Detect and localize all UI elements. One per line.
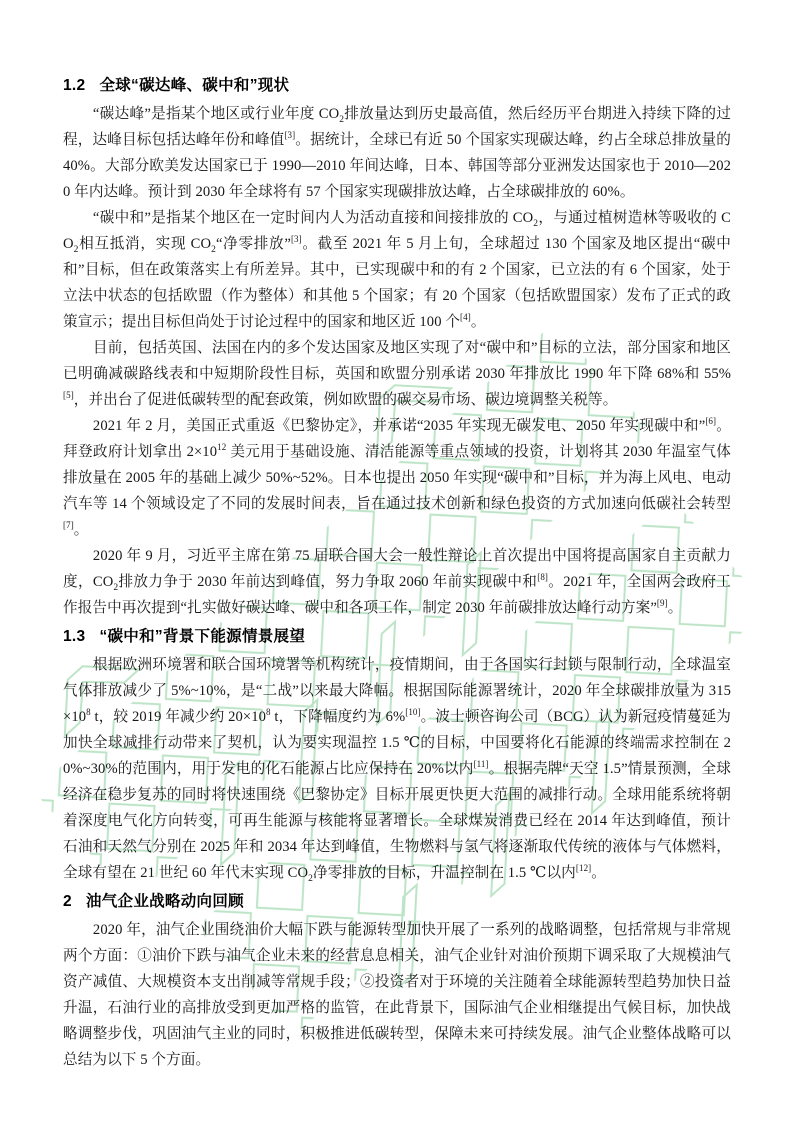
paragraph-carbon-neutrality-definition: “碳中和”是指某个地区在一定时间内人为活动直接和间接排放的 CO2，与通过植树造…	[63, 205, 731, 335]
section-heading-1-3: 1.3“碳中和”背景下能源情景展望	[63, 624, 731, 650]
paragraph-carbon-peak-definition: “碳达峰”是指某个地区或行业年度 CO2排放量达到历史最高值，然后经历平台期进入…	[63, 101, 731, 205]
section-title: 油气企业战略动向回顾	[86, 893, 244, 910]
paragraph-energy-scenario-outlook: 根据欧洲环境署和联合国环境署等机构统计，疫情期间，由于各国实行封锁与限制行动，全…	[63, 652, 731, 886]
section-number: 1.2	[63, 73, 85, 99]
section-number: 2	[63, 889, 72, 915]
article-content: 1.2全球“碳达峰、碳中和”现状 “碳达峰”是指某个地区或行业年度 CO2排放量…	[63, 70, 731, 1073]
section-title: 全球“碳达峰、碳中和”现状	[99, 77, 289, 94]
document-page: 1.2全球“碳达峰、碳中和”现状 “碳达峰”是指某个地区或行业年度 CO2排放量…	[0, 0, 793, 1122]
paragraph-legislation-status: 目前，包括英国、法国在内的多个发达国家及地区实现了对“碳中和”目标的立法，部分国…	[63, 335, 731, 413]
section-number: 1.3	[63, 624, 85, 650]
section-heading-1-2: 1.2全球“碳达峰、碳中和”现状	[63, 73, 731, 99]
section-heading-2: 2油气企业战略动向回顾	[63, 889, 731, 915]
paragraph-oil-gas-strategy-review: 2020 年，油气企业围绕油价大幅下跌与能源转型加快开展了一系列的战略调整，包括…	[63, 917, 731, 1073]
paragraph-us-japan-targets: 2021 年 2 月，美国正式重返《巴黎协定》，并承诺“2035 年实现无碳发电…	[63, 413, 731, 543]
section-title: “碳中和”背景下能源情景展望	[99, 628, 305, 645]
paragraph-china-targets: 2020 年 9 月，习近平主席在第 75 届联合国大会一般性辩论上首次提出中国…	[63, 543, 731, 621]
